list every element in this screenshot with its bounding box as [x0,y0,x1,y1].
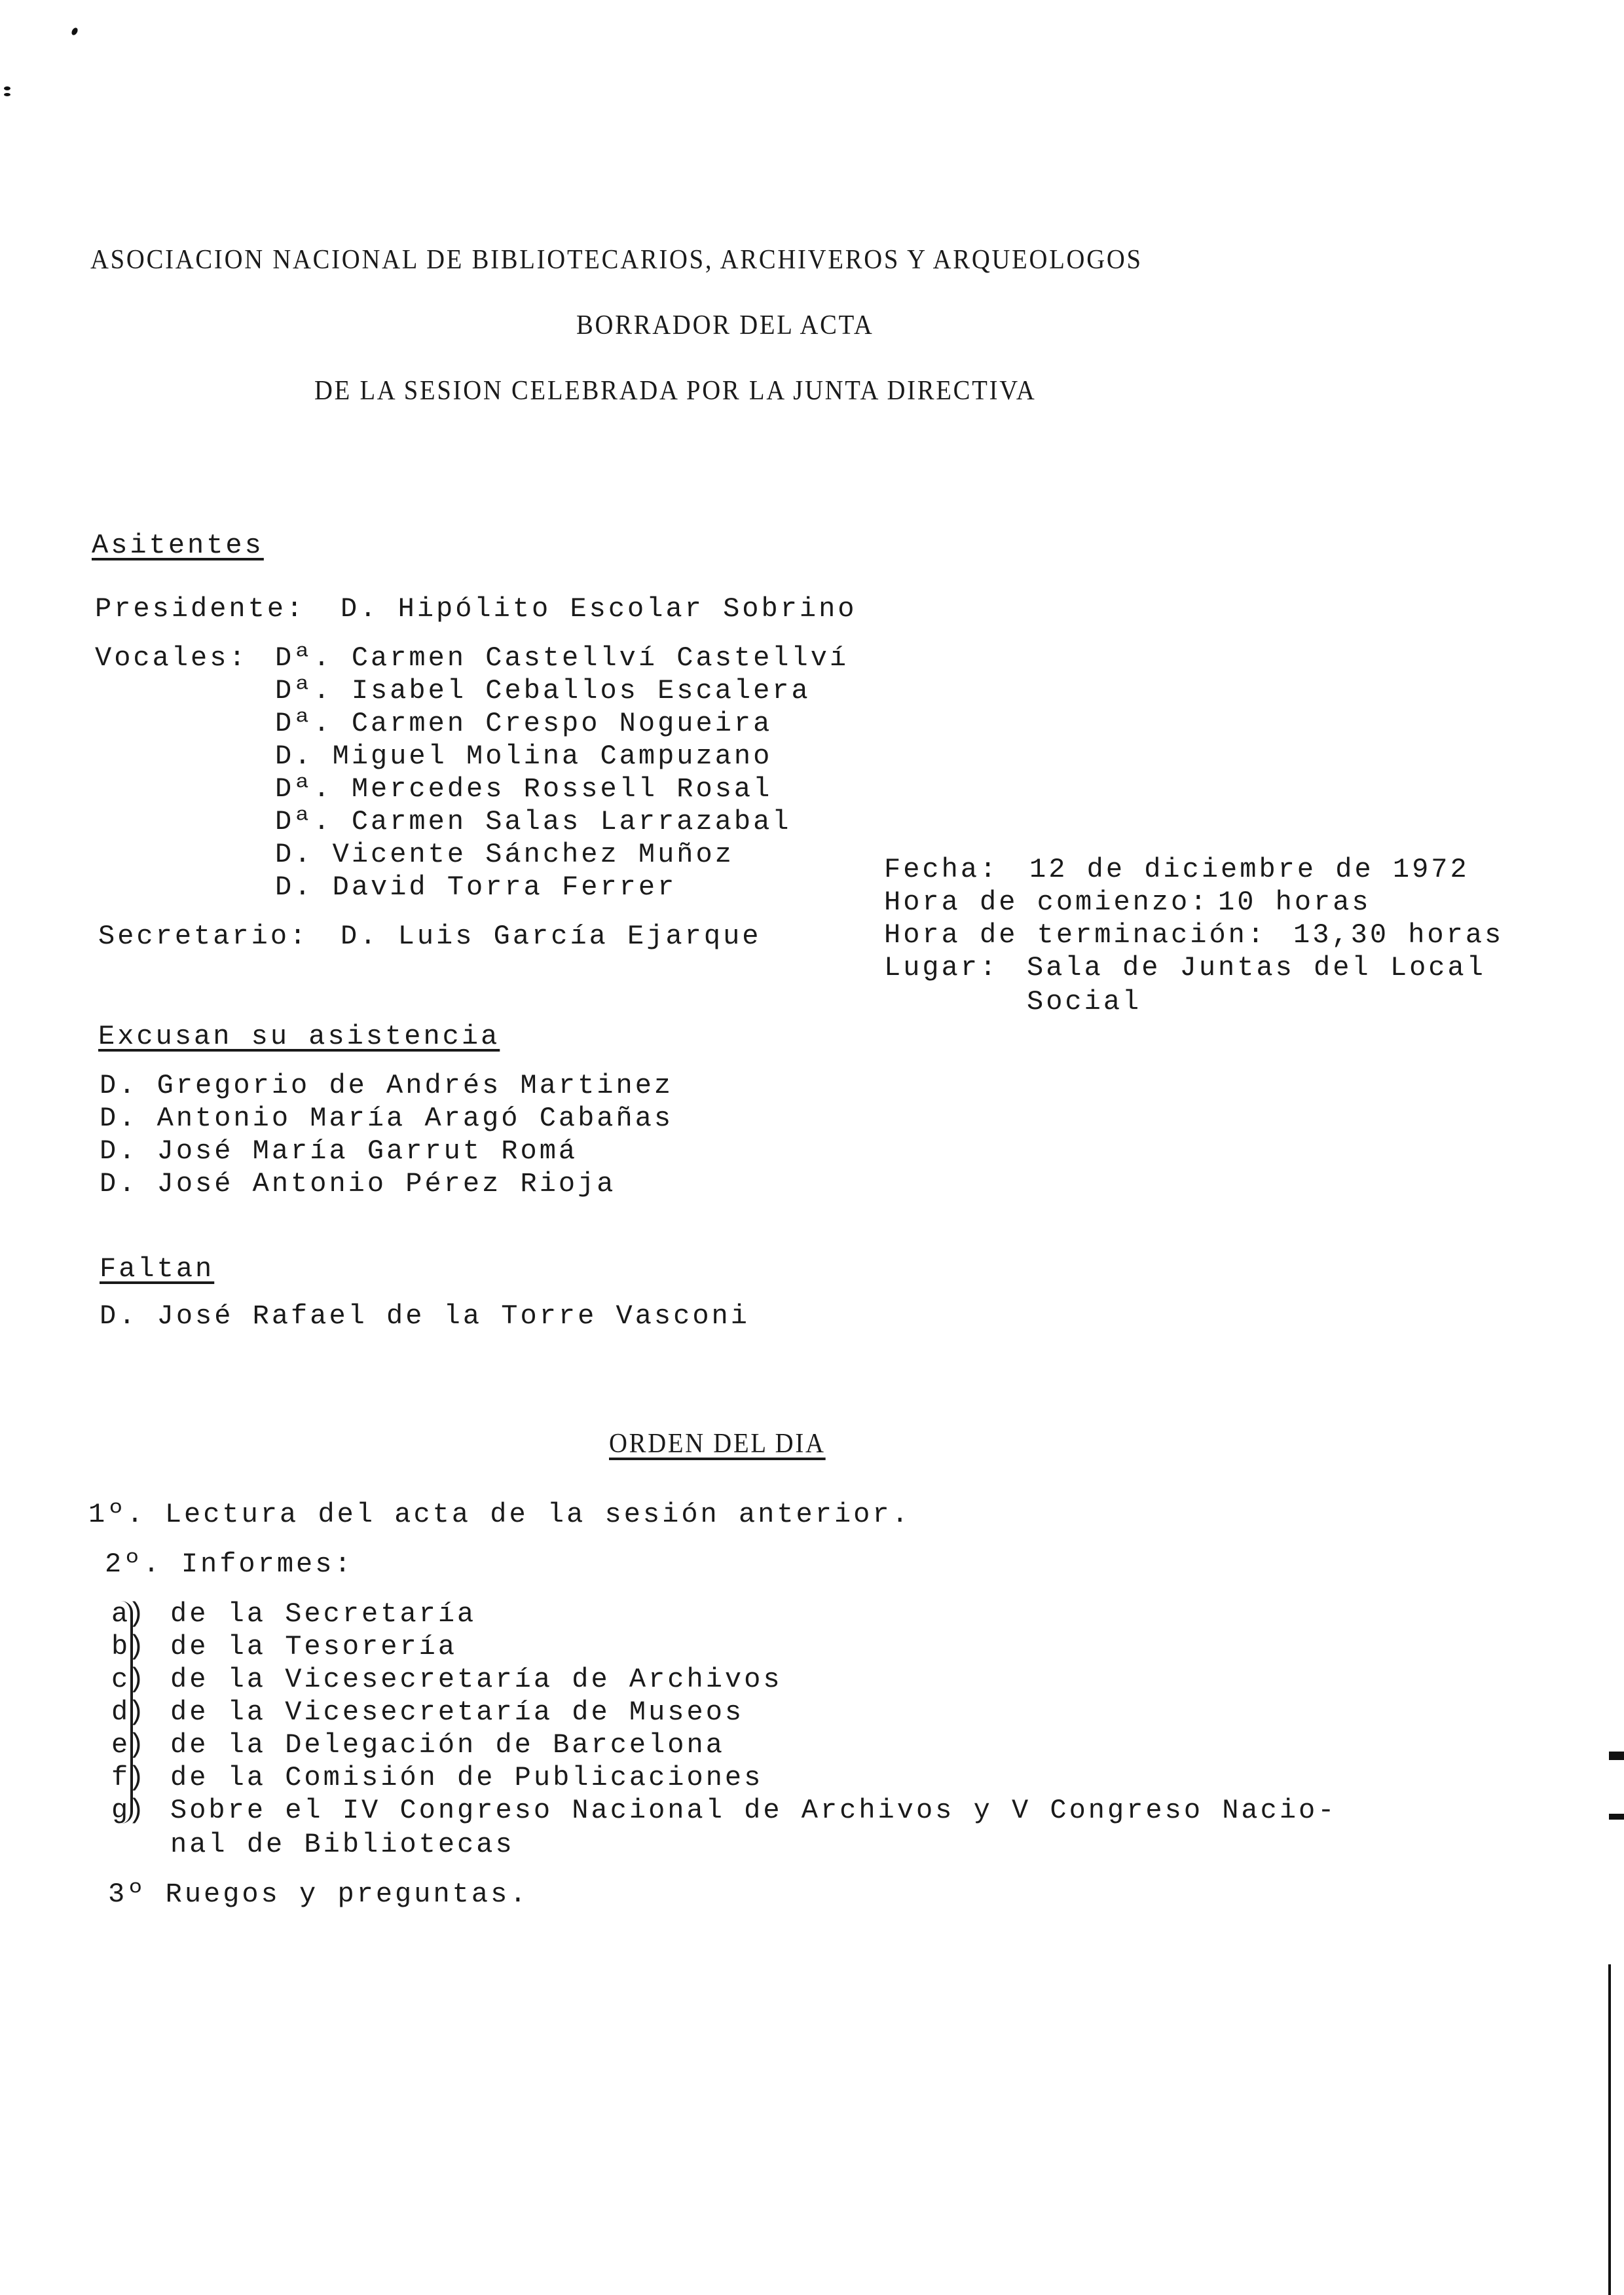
document-title: BORRADOR DEL ACTA [576,309,874,342]
secretary-name: D. Luis García Ejarque [341,920,762,953]
agenda-subitem: Sobre el IV Congreso Nacional de Archivo… [170,1794,1337,1827]
excused-item: D. Antonio María Aragó Cabañas [100,1102,673,1135]
attendees-heading: Asitentes [92,529,264,562]
excused-item: D. Gregorio de Andrés Martinez [100,1069,673,1102]
agenda-subitem: de la Comisión de Publicaciones [170,1761,763,1794]
agenda-subitem: de la Vicesecretaría de Archivos [170,1663,783,1696]
agenda-subitem-letter: c) [111,1663,144,1696]
excused-item: D. José María Garrut Romá [100,1135,578,1167]
page-edge-line [1608,1964,1611,2295]
agenda-subitem: de la Tesorería [170,1630,457,1663]
vocal-item: Dª. Carmen Crespo Nogueira [275,707,772,740]
agenda-item-3: 3º Ruegos y preguntas. [108,1878,529,1911]
agenda-subitem-letter: a) [111,1598,144,1630]
place-value: Sala de Juntas del Local [1027,951,1486,984]
president-name: D. Hipólito Escolar Sobrino [341,593,857,625]
agenda-item-2: 2º. Informes: [105,1548,354,1581]
agenda-subitem-letter: b) [111,1630,144,1663]
place-value-cont: Social [1027,985,1141,1018]
agenda-subitem: de la Vicesecretaría de Museos [170,1696,744,1729]
margin-mark [1609,1814,1624,1820]
vocal-item: Dª. Isabel Ceballos Escalera [275,674,811,707]
agenda-item-1: 1º. Lectura del acta de la sesión anteri… [88,1498,911,1531]
vocal-item: D. David Torra Ferrer [275,871,676,904]
margin-mark [1609,1752,1624,1760]
document-subtitle: DE LA SESION CELEBRADA POR LA JUNTA DIRE… [314,375,1037,407]
start-time-label: Hora de comienzo: [884,886,1209,919]
vocal-item: D. Miguel Molina Campuzano [275,740,772,773]
secretary-label: Secretario: [98,920,308,953]
agenda-subitem: de la Secretaría [170,1598,476,1630]
date-value: 12 de diciembre de 1972 [1029,853,1469,886]
agenda-subitem-letter: d) [111,1696,144,1729]
end-time-value: 13,30 horas [1293,919,1504,951]
agenda-subitem: de la Delegación de Barcelona [170,1729,725,1761]
president-label: Presidente: [95,593,305,625]
absent-item: D. José Rafael de la Torre Vasconi [100,1300,750,1332]
start-time-value: 10 horas [1218,886,1371,919]
vocal-item: Dª. Carmen Castellví Castellví [275,642,849,674]
agenda-heading: ORDEN DEL DIA [609,1427,826,1460]
end-time-label: Hora de terminación: [884,919,1266,951]
agenda-subitem-cont: nal de Bibliotecas [170,1828,515,1861]
vocal-item: Dª. Carmen Salas Larrazabal [275,805,792,838]
agenda-subitem-letter: f) [111,1761,144,1794]
scan-speck [4,93,10,96]
vocal-item: Dª. Mercedes Rossell Rosal [275,773,772,805]
place-label: Lugar: [884,951,999,984]
vocales-label: Vocales: [95,642,248,674]
date-label: Fecha: [884,853,999,886]
agenda-subitem-letter: e) [111,1729,144,1761]
agenda-subitem-letter: g) [111,1794,144,1827]
scan-speck [4,86,10,90]
excused-item: D. José Antonio Pérez Rioja [100,1167,616,1200]
scan-speck [71,27,79,36]
absent-heading: Faltan [100,1253,214,1285]
excused-heading: Excusan su asistencia [98,1020,500,1053]
vocal-item: D. Vicente Sánchez Muñoz [275,838,734,871]
organization-title: ASOCIACION NACIONAL DE BIBLIOTECARIOS, A… [90,244,1143,276]
